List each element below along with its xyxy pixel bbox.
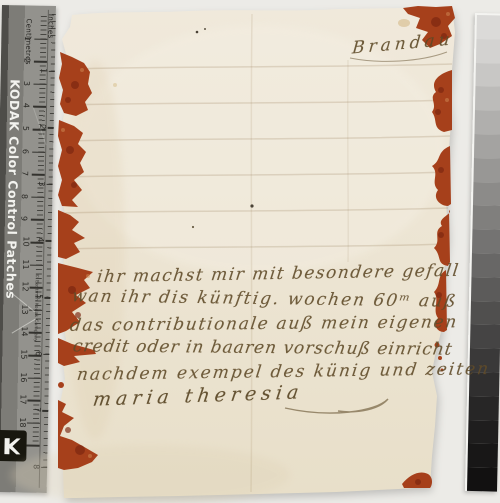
wax-seal-stain (58, 382, 64, 388)
wax-highlight (88, 454, 92, 458)
paper-aging (75, 25, 445, 275)
manuscript-photo: KODAK Color Control Patches Centimetres … (0, 0, 500, 503)
fold-crease (348, 60, 349, 262)
letter-paper (0, 0, 500, 503)
speck (196, 31, 199, 34)
wax-texture (71, 182, 77, 188)
wax-texture (438, 87, 444, 93)
speck (250, 204, 253, 207)
wax-texture (65, 427, 71, 433)
paper-aging (10, 445, 290, 503)
handwritten-line-4: credit oder in baaren vorschuß einricht (72, 336, 455, 359)
wax-texture (65, 97, 71, 103)
wax-texture (66, 146, 74, 154)
wax-texture (431, 17, 441, 27)
wax-highlight (61, 128, 65, 132)
wax-highlight (80, 68, 84, 72)
wax-texture (71, 81, 79, 89)
fold-crease (251, 14, 252, 492)
speck (113, 83, 117, 87)
wax-texture (438, 232, 444, 238)
handwritten-line-3: das contributionale auß mein eigenen (69, 312, 460, 335)
speck (204, 28, 206, 30)
wax-texture (435, 109, 441, 115)
wax-highlight (446, 12, 450, 16)
wax-highlight (445, 98, 449, 102)
wax-texture (415, 479, 421, 485)
wax-highlight (86, 274, 90, 278)
stain (398, 19, 410, 27)
wax-texture (438, 167, 444, 173)
speck (192, 226, 194, 228)
wax-texture (75, 445, 85, 455)
